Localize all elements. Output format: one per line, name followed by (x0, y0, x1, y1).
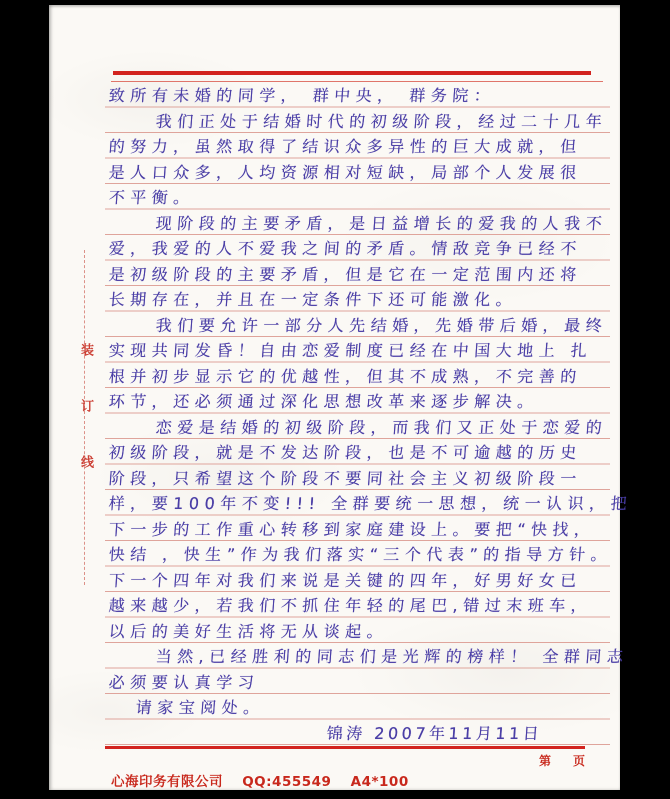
letter-line: 恋爱是结婚的初级阶段，而我们又正处于恋爱的 (105, 413, 610, 439)
letter-line: 下一个四年对我们来说是关键的四年，好男好女已 (105, 566, 610, 592)
letter-line: 下一步的工作重心转移到家庭建设上。要把“快找， (105, 515, 610, 541)
page-number-label: 第 页 (539, 752, 585, 769)
printer-info: 心海印务有限公司 QQ:455549 A4*100 (111, 770, 423, 790)
letter-line: 是初级阶段的主要矛盾，但是它在一定范围内还将 (105, 260, 610, 286)
letter-line: 是人口众多，人均资源相对短缺，局部个人发展很 (105, 158, 610, 184)
letter-line: 越来越少，若我们不抓住年轻的尾巴,错过末班车， (105, 592, 610, 618)
page-number-blank (551, 752, 573, 769)
printer-qq: QQ:455549 (242, 774, 331, 790)
letter-line: 致所有未婚的同学， 群中央， 群务院： (105, 82, 610, 108)
letter-line: 阶段，只希望这个阶段不要同社会主义初级阶段一 (105, 464, 610, 490)
footer-thick-rule (105, 746, 585, 749)
letter-line: 爱，我爱的人不爱我之间的矛盾。情敌竞争已经不 (105, 235, 610, 261)
letter-line: 当然,已经胜利的同志们是光辉的榜样！ 全群同志 (105, 643, 610, 669)
printer-company: 心海印务有限公司 (111, 774, 223, 790)
letter-line: 以后的美好生活将无从谈起。 (105, 617, 610, 643)
printer-spec: A4*100 (351, 774, 409, 790)
signature-date-line: 锦涛 2007年11月11日 (105, 719, 610, 745)
letter-line: 我们要允许一部分人先结婚，先婚带后婚，最终 (105, 311, 610, 337)
binding-line-label: 装订线 (76, 343, 95, 511)
letter-line: 环节，还必须通过深化思想改革来逐步解决。 (105, 388, 610, 414)
letter-paper: 装订线 致所有未婚的同学， 群中央， 群务院： 我们正处于结婚时代的初级阶段，经… (49, 5, 620, 790)
letter-line: 现阶段的主要矛盾，是日益增长的爱我的人我不 (105, 209, 610, 235)
page-label-prefix: 第 (539, 752, 551, 769)
letter-line: 不平衡。 (105, 184, 610, 210)
scanned-letter-screenshot: 装订线 致所有未婚的同学， 群中央， 群务院： 我们正处于结婚时代的初级阶段，经… (0, 0, 670, 799)
page-label-suffix: 页 (573, 752, 585, 769)
letter-line: 初级阶段，就是不发达阶段，也是不可逾越的历史 (105, 439, 610, 465)
letter-body: 致所有未婚的同学， 群中央， 群务院： 我们正处于结婚时代的初级阶段，经过二十几… (105, 82, 610, 745)
letter-line: 根并初步显示它的优越性，但其不成熟，不完善的 (105, 362, 610, 388)
header-thick-rule (113, 71, 591, 75)
letter-line: 样，要100年不变!!! 全群要统一思想，统一认识，把 (105, 490, 610, 516)
letter-line: 快结 ，快生”作为我们落实“三个代表”的指导方针。 (105, 541, 610, 567)
letter-line: 我们正处于结婚时代的初级阶段，经过二十几年 (105, 107, 610, 133)
letter-line: 必须要认真学习 (105, 668, 610, 694)
letter-line: 的努力，虽然取得了结识众多异性的巨大成就，但 (105, 133, 610, 159)
letter-line: 长期存在，并且在一定条件下还可能激化。 (105, 286, 610, 312)
letter-line: 请家宝阅处。 (105, 694, 610, 720)
letter-line: 实现共同发昏！自由恋爱制度已经在中国大地上 扎 (105, 337, 610, 363)
